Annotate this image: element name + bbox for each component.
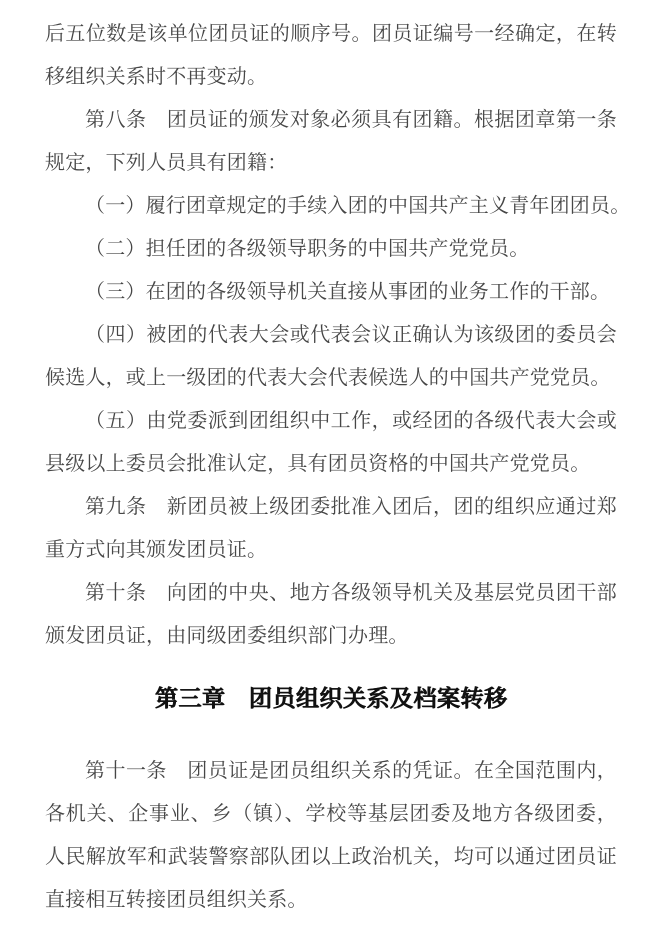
- text-line: 重方式向其颁发团员证。: [45, 529, 617, 572]
- text-line: 移组织关系时不再变动。: [45, 56, 617, 99]
- text-line-item-5: （五）由党委派到团组织中工作，或经团的各级代表大会或: [45, 400, 617, 443]
- text-line-item-3: （三）在团的各级领导机关直接从事团的业务工作的干部。: [45, 271, 617, 314]
- text-line-item-2: （二）担任团的各级领导职务的中国共产党党员。: [45, 228, 617, 271]
- text-line-article-9: 第九条 新团员被上级团委批准入团后，团的组织应通过郑: [45, 486, 617, 529]
- text-line: 规定，下列人员具有团籍：: [45, 142, 617, 185]
- text-line: 县级以上委员会批准认定，具有团员资格的中国共产党党员。: [45, 443, 617, 486]
- chapter-heading: 第三章 团员组织关系及档案转移: [45, 676, 617, 722]
- text-line: 候选人，或上一级团的代表大会代表候选人的中国共产党党员。: [45, 357, 617, 400]
- text-line: 直接相互转接团员组织关系。: [45, 879, 617, 922]
- text-line: 后五位数是该单位团员证的顺序号。团员证编号一经确定，在转: [45, 13, 617, 56]
- text-line-item-1: （一）履行团章规定的手续入团的中国共产主义青年团团员。: [45, 185, 617, 228]
- text-line: 各机关、企事业、乡（镇）、学校等基层团委及地方各级团委，: [45, 793, 617, 836]
- text-line-article-10: 第十条 向团的中央、地方各级领导机关及基层党员团干部: [45, 572, 617, 615]
- text-line: 颁发团员证，由同级团委组织部门办理。: [45, 615, 617, 658]
- text-line-article-8: 第八条 团员证的颁发对象必须具有团籍。根据团章第一条: [45, 99, 617, 142]
- document-page: 后五位数是该单位团员证的顺序号。团员证编号一经确定，在转 移组织关系时不再变动。…: [0, 0, 649, 943]
- document-text-block: 后五位数是该单位团员证的顺序号。团员证编号一经确定，在转 移组织关系时不再变动。…: [0, 0, 649, 922]
- text-line: 人民解放军和武装警察部队团以上政治机关，均可以通过团员证: [45, 836, 617, 879]
- text-line-article-11: 第十一条 团员证是团员组织关系的凭证。在全国范围内，: [45, 750, 617, 793]
- text-line-item-4: （四）被团的代表大会或代表会议正确认为该级团的委员会: [45, 314, 617, 357]
